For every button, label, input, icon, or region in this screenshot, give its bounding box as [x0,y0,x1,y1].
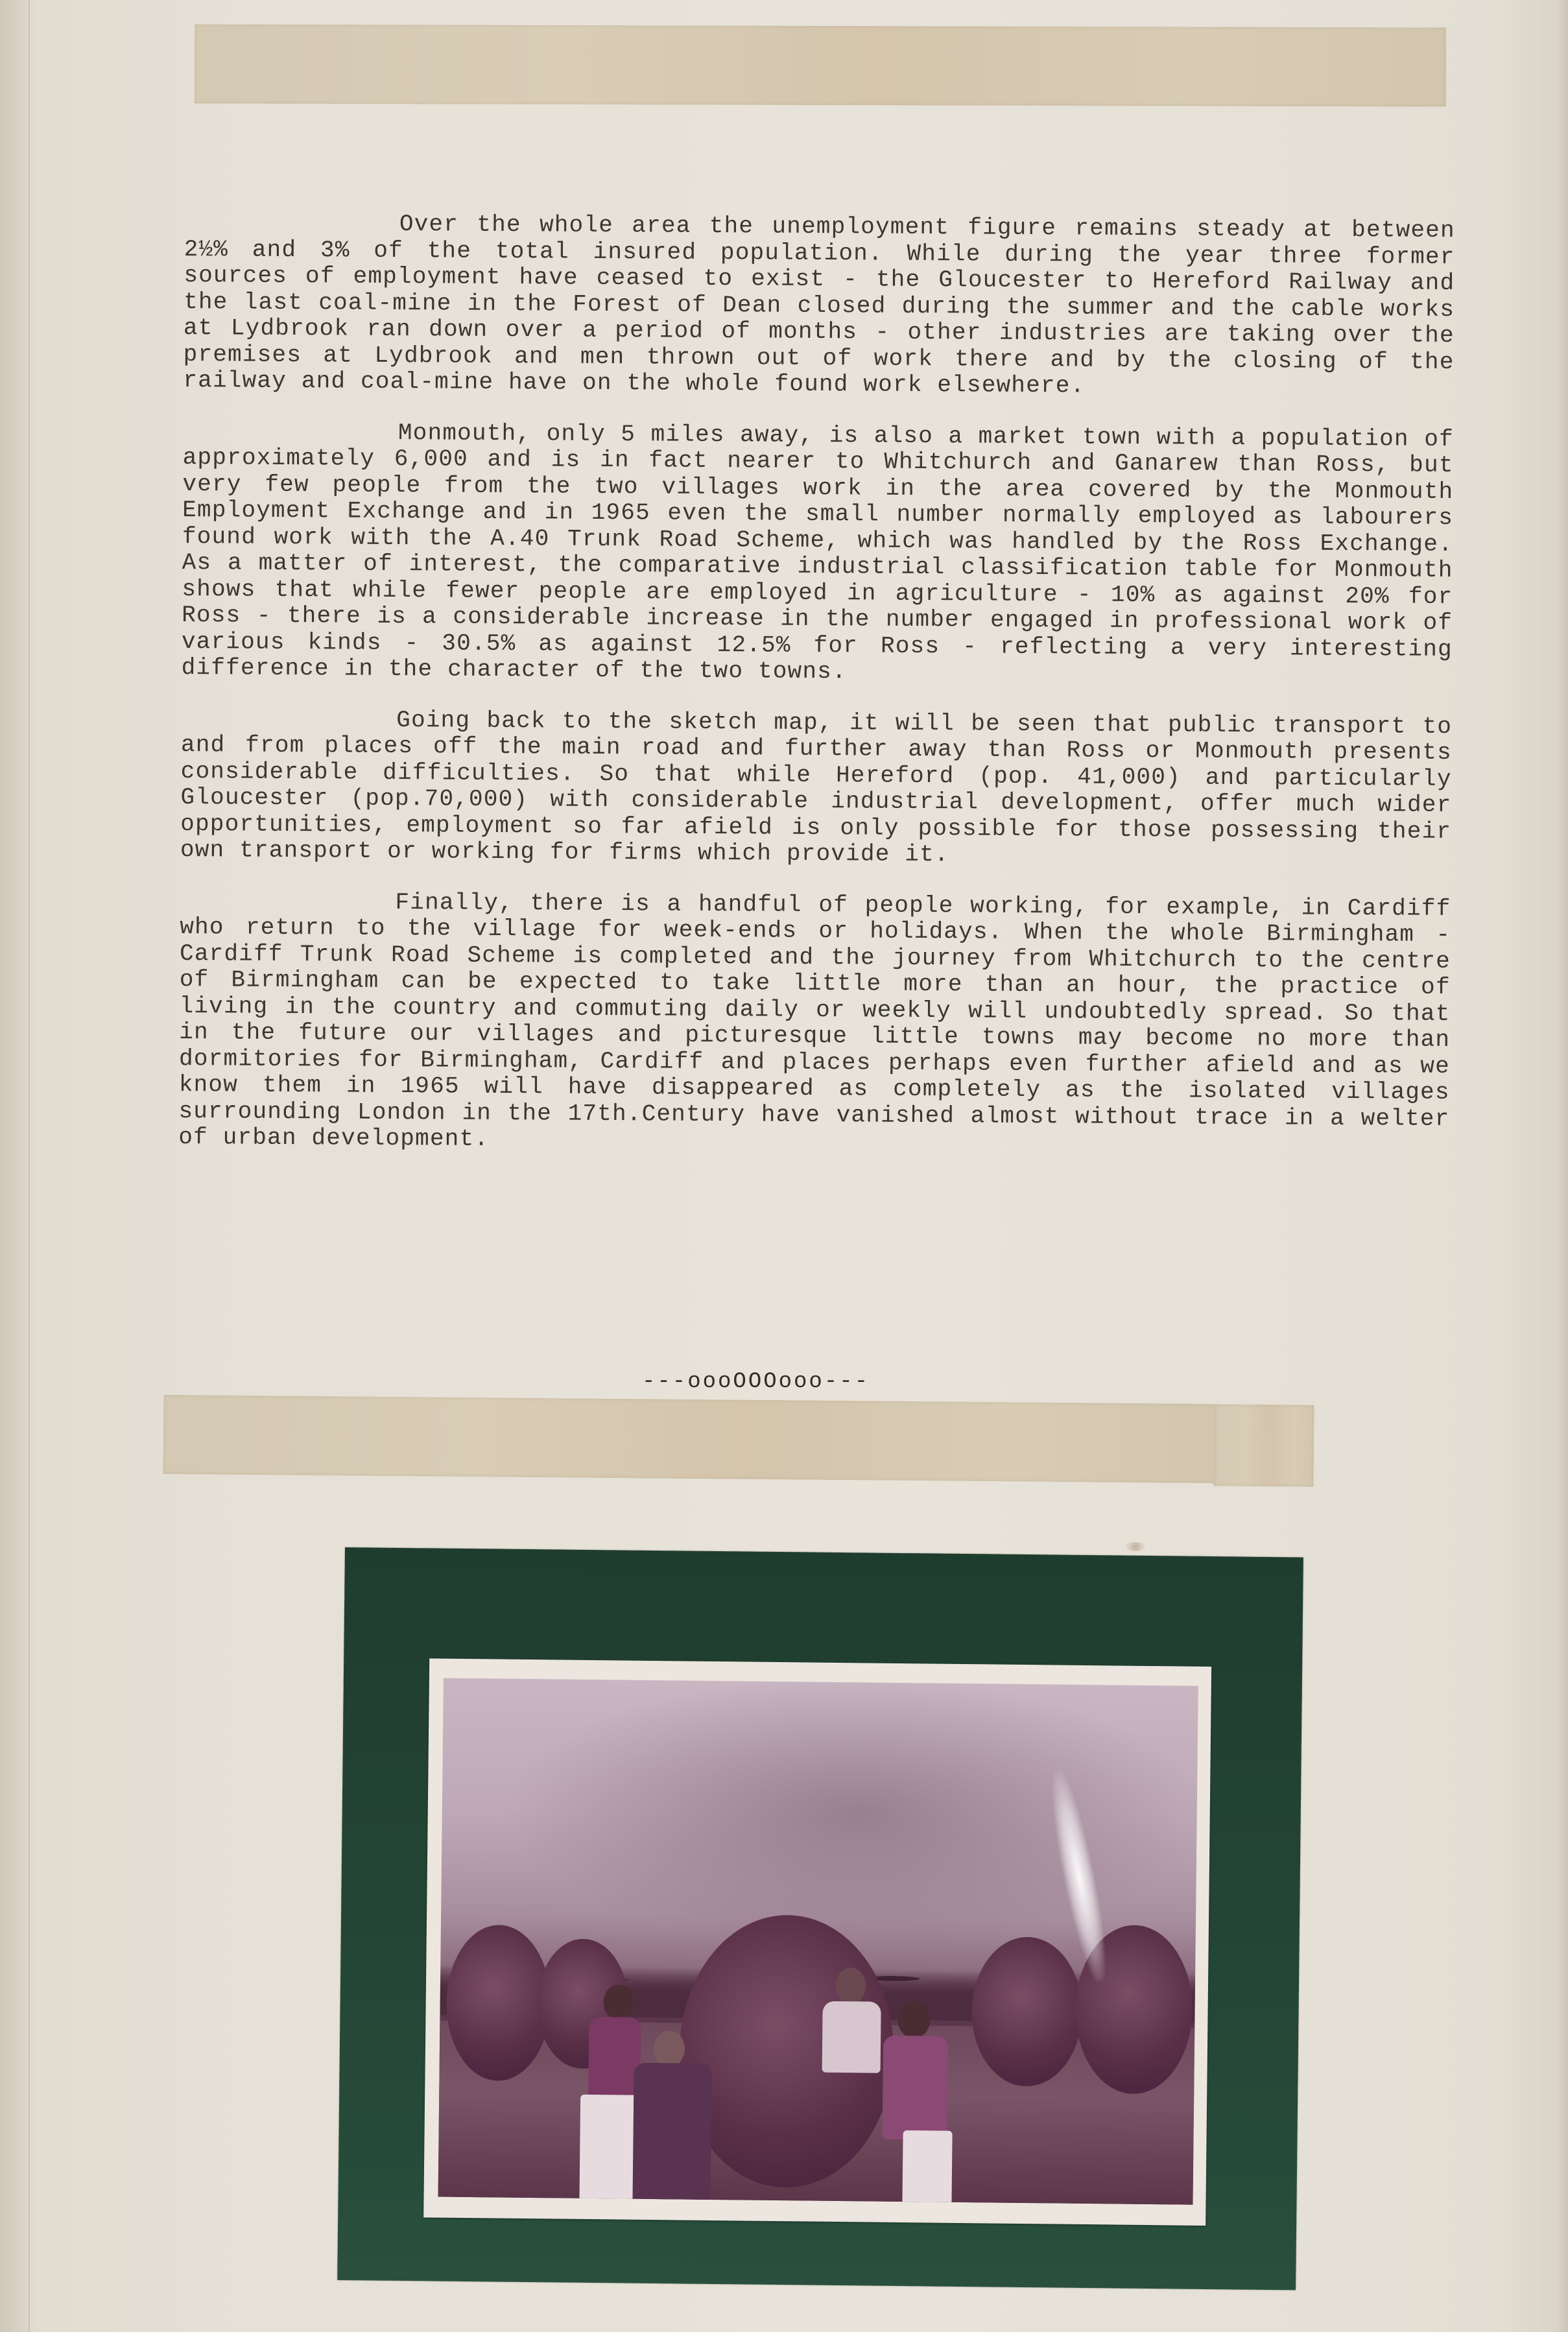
typed-document: Over the whole area the unemployment fig… [178,210,1455,1183]
paragraph-commuting: Finally, there is a handful of people wo… [178,888,1451,1158]
paragraph-text: Over the whole area the unemployment fig… [183,211,1455,399]
paragraph-text: Finally, there is a handful of people wo… [178,889,1451,1152]
paper-stain [1126,1542,1145,1551]
album-page-edge [1555,0,1568,2332]
person-blouse [822,2001,881,2073]
photo-mount [337,1547,1303,2290]
adhesive-tape-strip-middle [163,1395,1217,1483]
adhesive-tape-strip-middle-right [1213,1404,1314,1486]
paragraph-transport: Going back to the sketch map, it will be… [180,706,1452,871]
orchard-photograph [438,1678,1198,2205]
paragraph-unemployment: Over the whole area the unemployment fig… [183,210,1455,401]
person-skirt [902,2130,953,2205]
adhesive-tape-strip-top [195,24,1446,106]
photo-border [423,1658,1211,2226]
person-cardigan [882,2036,948,2140]
album-page-spine [0,0,30,2332]
person-jacket [632,2063,711,2205]
paragraph-monmouth: Monmouth, only 5 miles away, is also a m… [182,418,1454,689]
person-cardigan [588,2017,641,2102]
end-ornament: ---oooOOOooo--- [642,1370,870,1394]
paragraph-text: Going back to the sketch map, it will be… [180,707,1452,868]
paragraph-text: Monmouth, only 5 miles away, is also a m… [182,420,1454,685]
